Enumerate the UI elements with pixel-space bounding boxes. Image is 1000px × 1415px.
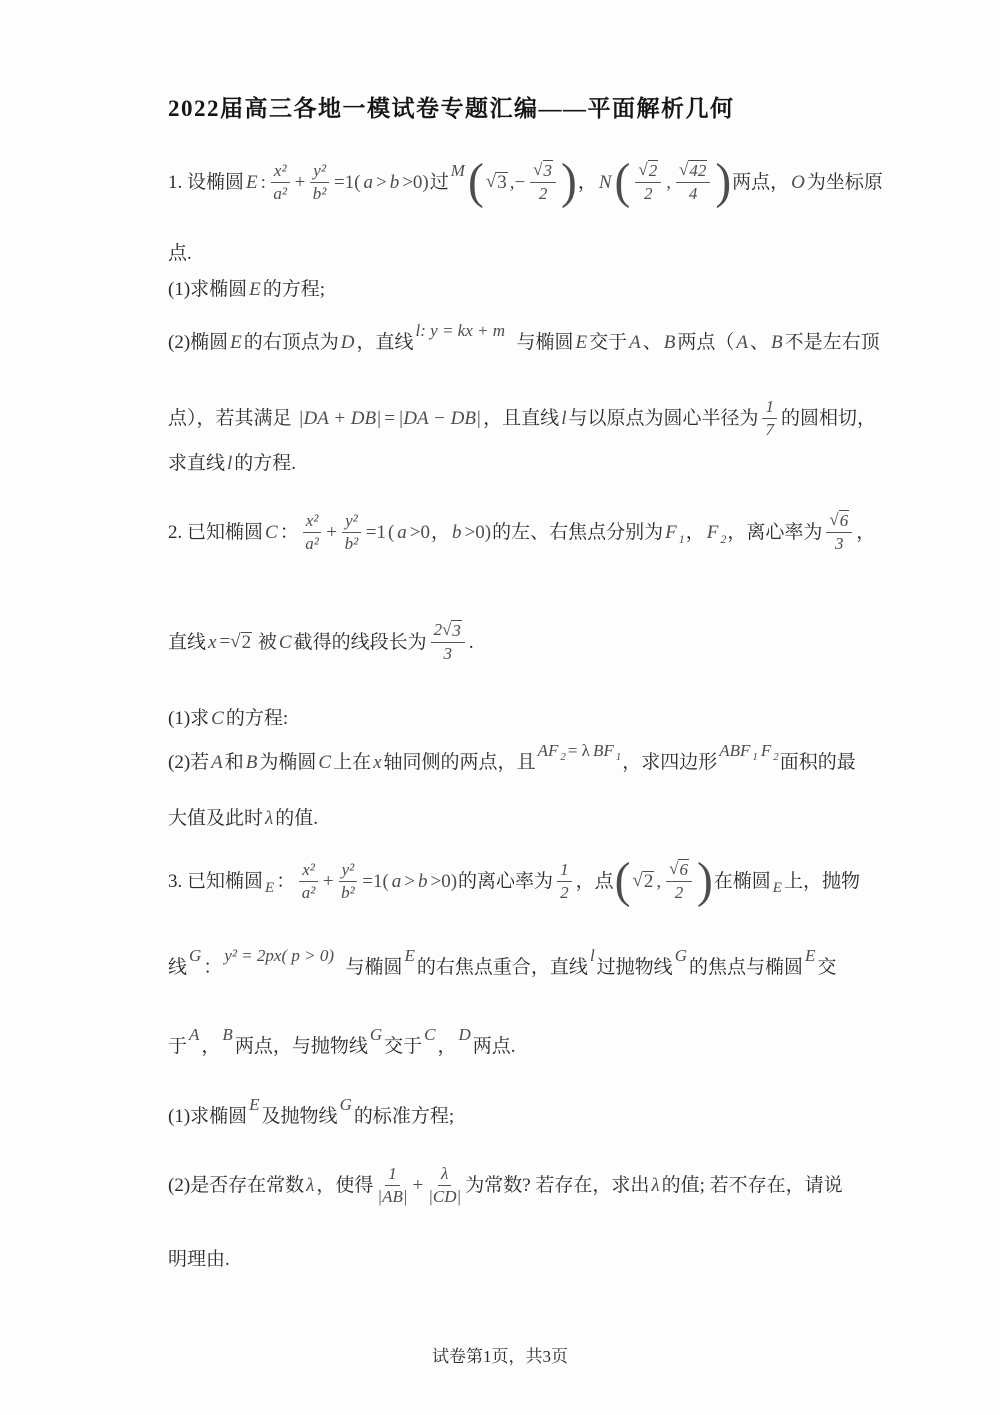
q1-line-1: 1. 设椭圆E:x²a²+y²b²=1(a>b>0)过M(√3,−√32)，N(… <box>168 150 883 214</box>
text-run: 、 <box>643 333 662 352</box>
math-run: E <box>244 173 260 192</box>
math-run: N <box>597 173 614 192</box>
text-run: 两点（ <box>677 333 734 352</box>
text-run: 的方程: <box>226 709 288 728</box>
math-run: BF <box>591 742 616 759</box>
math-run: B <box>662 333 678 352</box>
fraction: 2√33 <box>431 620 465 663</box>
radical: √3 <box>442 620 462 641</box>
radical: √2 <box>632 871 654 891</box>
q2-line-2: 直线x=√2 被C截得的线段长为2√33. <box>168 608 474 676</box>
math-run: ABF <box>717 742 752 759</box>
text-run: 于 <box>168 1037 187 1056</box>
text-run: ，离心率为 <box>727 523 822 542</box>
text-run: 交于 <box>384 1037 422 1056</box>
text-run: ，求四边形 <box>622 753 717 772</box>
math-run: =1( <box>361 872 390 891</box>
text-run: 上在 <box>333 753 371 772</box>
math-run: >0) <box>430 872 459 891</box>
text-run: 的值. <box>275 809 318 828</box>
q1-line-2: 点. <box>168 240 192 266</box>
text-run: 两点. <box>473 1037 516 1056</box>
math-run: b <box>388 173 402 192</box>
q1-line-3: (1)求椭圆E的方程; <box>168 276 325 302</box>
math-run: l <box>588 947 597 964</box>
radical: √6 <box>829 510 849 531</box>
math-run: , <box>665 173 672 192</box>
math-run: ( <box>387 523 395 542</box>
subscript: 1 <box>679 533 686 545</box>
text-run: 点），若其满足 <box>168 409 296 428</box>
q3-line-6: 明理由. <box>168 1246 230 1272</box>
text-run: ， <box>431 523 450 542</box>
math-run: |DA − DB| <box>396 409 483 428</box>
q2-line-1: 2. 已知椭圆C：x²a²+y²b²=1(a>0，b>0)的左、右焦点分别为F1… <box>168 498 875 566</box>
math-run: E <box>247 1096 261 1113</box>
text-run: 、 <box>750 333 769 352</box>
math-run: =1( <box>333 173 362 192</box>
math-run: =1 <box>365 523 387 542</box>
math-run: a <box>395 523 409 542</box>
text-run: 轴同侧的两点，且 <box>384 753 536 772</box>
math-run: x <box>371 753 383 772</box>
math-run: λ <box>263 809 275 828</box>
text-run: 及抛物线 <box>262 1107 338 1126</box>
text-run: 2. 已知椭圆 <box>168 523 263 542</box>
paren: ( <box>468 160 484 205</box>
text-run: ， <box>437 1037 456 1056</box>
math-run: + <box>294 173 307 192</box>
text-run: ： <box>280 523 299 542</box>
math-run: E <box>771 881 784 896</box>
text-run: 和 <box>225 753 244 772</box>
text-run: 1. 设椭圆 <box>168 173 244 192</box>
text-run: . <box>469 633 474 652</box>
paren: ) <box>697 859 713 904</box>
text-run: 为椭圆 <box>259 753 316 772</box>
q2-line-3: (1)求C的方程: <box>168 705 288 731</box>
q1-line-4: (2)椭圆E的右顶点为D，直线l: y = kx + m 与椭圆E交于A、B两点… <box>168 314 880 370</box>
math-run: F <box>759 742 773 759</box>
text-run: 在椭圆 <box>714 872 771 891</box>
math-run: C <box>209 709 226 728</box>
q1-line-6: 求直线l的方程. <box>168 450 296 476</box>
text-run: 的圆相切， <box>781 409 876 428</box>
math-run: A <box>627 333 643 352</box>
fraction: 17 <box>762 397 777 439</box>
math-run: B <box>769 333 785 352</box>
math-run: √3 <box>485 172 509 192</box>
math-run: C <box>316 753 333 772</box>
text-run: (2)是否存在常数 <box>168 1176 304 1195</box>
paren: ) <box>715 160 731 205</box>
text-run: ， <box>856 523 875 542</box>
text-run: 的值; 若不存在，请说 <box>662 1176 843 1195</box>
text-run: 与椭圆 <box>336 958 403 977</box>
text-run: 过抛物线 <box>597 958 673 977</box>
math-run: D <box>456 1026 472 1043</box>
math-run: E <box>403 947 417 964</box>
fraction: y²b² <box>342 511 361 553</box>
math-run: M <box>449 162 467 179</box>
text-run: (2)椭圆 <box>168 333 228 352</box>
math-run: F <box>705 523 721 542</box>
subscript: 2 <box>720 533 727 545</box>
paren: ( <box>615 160 631 205</box>
text-run: 不是左右顶 <box>785 333 880 352</box>
math-run: B <box>244 753 260 772</box>
document-page: 2022届高三各地一模试卷专题汇编——平面解析几何 1. 设椭圆E:x²a²+y… <box>0 0 1000 1415</box>
fraction: x²a² <box>271 161 290 203</box>
fraction: x²a² <box>299 860 318 902</box>
fraction: 12 <box>557 860 572 902</box>
math-run: F <box>663 523 679 542</box>
text-run: 为常数? 若存在，求出 <box>465 1176 649 1195</box>
text-run: 明理由. <box>168 1250 230 1269</box>
text-run: 的离心率为 <box>458 872 553 891</box>
math-run: √2 <box>631 871 655 891</box>
subscript: 1 <box>616 752 623 763</box>
text-run: 点. <box>168 244 192 263</box>
math-run: a <box>361 173 375 192</box>
math-run: : <box>260 173 267 192</box>
text-run: (1)求 <box>168 709 209 728</box>
text-run: 的方程; <box>263 280 325 299</box>
math-run: l: y = kx + m <box>414 322 508 339</box>
fraction: x²a² <box>303 511 322 553</box>
q1-line-5: 点），若其满足 |DA + DB|=|DA − DB|，且直线l与以原点为圆心半… <box>168 390 876 446</box>
text-run: 截得的线段长为 <box>294 633 427 652</box>
text-run: 的标准方程; <box>354 1107 454 1126</box>
text-run: (2)若 <box>168 753 209 772</box>
text-run: 直线 <box>168 633 206 652</box>
math-run: >0 <box>409 523 431 542</box>
text-run: 与椭圆 <box>507 333 574 352</box>
math-run: x <box>206 633 218 652</box>
math-run: + <box>412 1176 425 1195</box>
text-run: 过 <box>430 173 449 192</box>
text-run: ： <box>203 958 222 977</box>
fraction: y²b² <box>339 860 358 902</box>
paren: ( <box>615 859 631 904</box>
math-run: E <box>803 947 817 964</box>
radical: √2 <box>230 632 252 652</box>
math-run: C <box>422 1026 437 1043</box>
text-run: 的焦点与椭圆 <box>689 958 803 977</box>
text-run: 的右顶点为 <box>244 333 339 352</box>
fraction: √424 <box>676 160 710 203</box>
q2-line-5: 大值及此时λ的值. <box>168 805 318 831</box>
math-run: + <box>325 523 338 542</box>
fraction: √22 <box>635 160 661 203</box>
text-run: 的左、右焦点分别为 <box>492 523 663 542</box>
text-run: ，点 <box>576 872 614 891</box>
q2-line-4: (2)若A和B为椭圆C上在x轴同侧的两点，且AF2= λBF1，求四边形ABF1… <box>168 740 856 784</box>
math-run: A <box>734 333 750 352</box>
text-run: ，直线 <box>357 333 414 352</box>
math-run: = <box>383 409 396 428</box>
math-run: l <box>225 454 234 473</box>
page-title: 2022届高三各地一模试卷专题汇编——平面解析几何 <box>168 90 735 123</box>
q3-line-1: 3. 已知椭圆E：x²a²+y²b²=1(a>b>0)的离心率为12，点(√2,… <box>168 848 860 914</box>
text-run: ： <box>276 872 295 891</box>
math-run: C <box>263 523 280 542</box>
fraction: λ|CD| <box>428 1164 461 1206</box>
fraction: √32 <box>530 160 556 203</box>
text-run: 的右焦点重合，直线 <box>417 958 588 977</box>
q3-line-2: 线G：y² = 2px( p > 0) 与椭圆E的右焦点重合，直线l过抛物线G的… <box>168 940 836 994</box>
math-run: a <box>390 872 404 891</box>
fraction: √62 <box>666 859 692 902</box>
math-run: = λ <box>567 742 591 759</box>
math-run: G <box>338 1096 354 1113</box>
text-run: 与以原点为圆心半径为 <box>568 409 758 428</box>
page-footer: 试卷第1页，共3页 <box>0 1342 1000 1367</box>
radical: √3 <box>486 172 508 192</box>
math-run: > <box>403 872 416 891</box>
text-run: ， <box>201 1037 220 1056</box>
text-run: 求直线 <box>168 454 225 473</box>
math-run: b <box>416 872 430 891</box>
radical: √2 <box>638 160 658 181</box>
text-run: 线 <box>168 958 187 977</box>
math-run: + <box>322 872 335 891</box>
text-run: (1)求椭圆 <box>168 1107 247 1126</box>
text-run: 大值及此时 <box>168 809 263 828</box>
math-run: O <box>789 173 807 192</box>
math-run: E <box>574 333 590 352</box>
math-run: E <box>247 280 263 299</box>
fraction: y²b² <box>310 161 329 203</box>
radical: √3 <box>533 160 553 181</box>
math-run: ,− <box>509 173 526 192</box>
math-run: B <box>220 1026 234 1043</box>
math-run: E <box>228 333 244 352</box>
paren: ) <box>561 160 577 205</box>
text-run: ， <box>578 173 597 192</box>
text-run: 面积的最 <box>780 753 856 772</box>
math-run: |DA + DB| <box>296 409 383 428</box>
math-run: >0) <box>464 523 493 542</box>
text-run: 被 <box>253 633 277 652</box>
q3-line-4: (1)求椭圆E及抛物线G的标准方程; <box>168 1100 454 1132</box>
text-run: 的方程. <box>234 454 296 473</box>
math-run: G <box>187 947 203 964</box>
math-run: > <box>375 173 388 192</box>
math-run: A <box>209 753 225 772</box>
text-run: ，且直线 <box>483 409 559 428</box>
math-run: G <box>673 947 689 964</box>
radical: √6 <box>669 859 689 880</box>
math-run: C <box>277 633 294 652</box>
text-run: 两点， <box>732 173 789 192</box>
math-run: G <box>368 1026 384 1043</box>
text-run: 交于 <box>589 333 627 352</box>
fraction: √63 <box>826 510 852 553</box>
text-run: 两点，与抛物线 <box>235 1037 368 1056</box>
math-run: λ <box>304 1176 316 1195</box>
text-run: 交 <box>817 958 836 977</box>
math-run: =√2 <box>218 632 253 652</box>
text-run: 为坐标原 <box>807 173 883 192</box>
q3-line-3: 于A，B两点，与抛物线G交于C，D两点. <box>168 1026 516 1066</box>
text-run: ，使得 <box>316 1176 373 1195</box>
math-run: λ <box>649 1176 661 1195</box>
math-run: A <box>187 1026 201 1043</box>
math-run: , <box>655 872 662 891</box>
fraction: 1|AB| <box>377 1164 407 1206</box>
radical: √42 <box>679 160 707 181</box>
math-run: AF <box>536 742 561 759</box>
q3-line-5: (2)是否存在常数λ，使得1|AB|+λ|CD|为常数? 若存在，求出λ的值; … <box>168 1154 843 1216</box>
subscript: 2 <box>773 752 780 763</box>
math-run: b <box>450 523 464 542</box>
text-run: 3. 已知椭圆 <box>168 872 263 891</box>
math-run: D <box>339 333 357 352</box>
math-run: y² = 2px( p > 0) <box>222 947 336 964</box>
math-run: E <box>263 881 276 896</box>
text-run: (1)求椭圆 <box>168 280 247 299</box>
text-run: 上，抛物 <box>784 872 860 891</box>
math-run: >0) <box>401 173 430 192</box>
text-run: ， <box>686 523 705 542</box>
math-run: l <box>559 409 568 428</box>
